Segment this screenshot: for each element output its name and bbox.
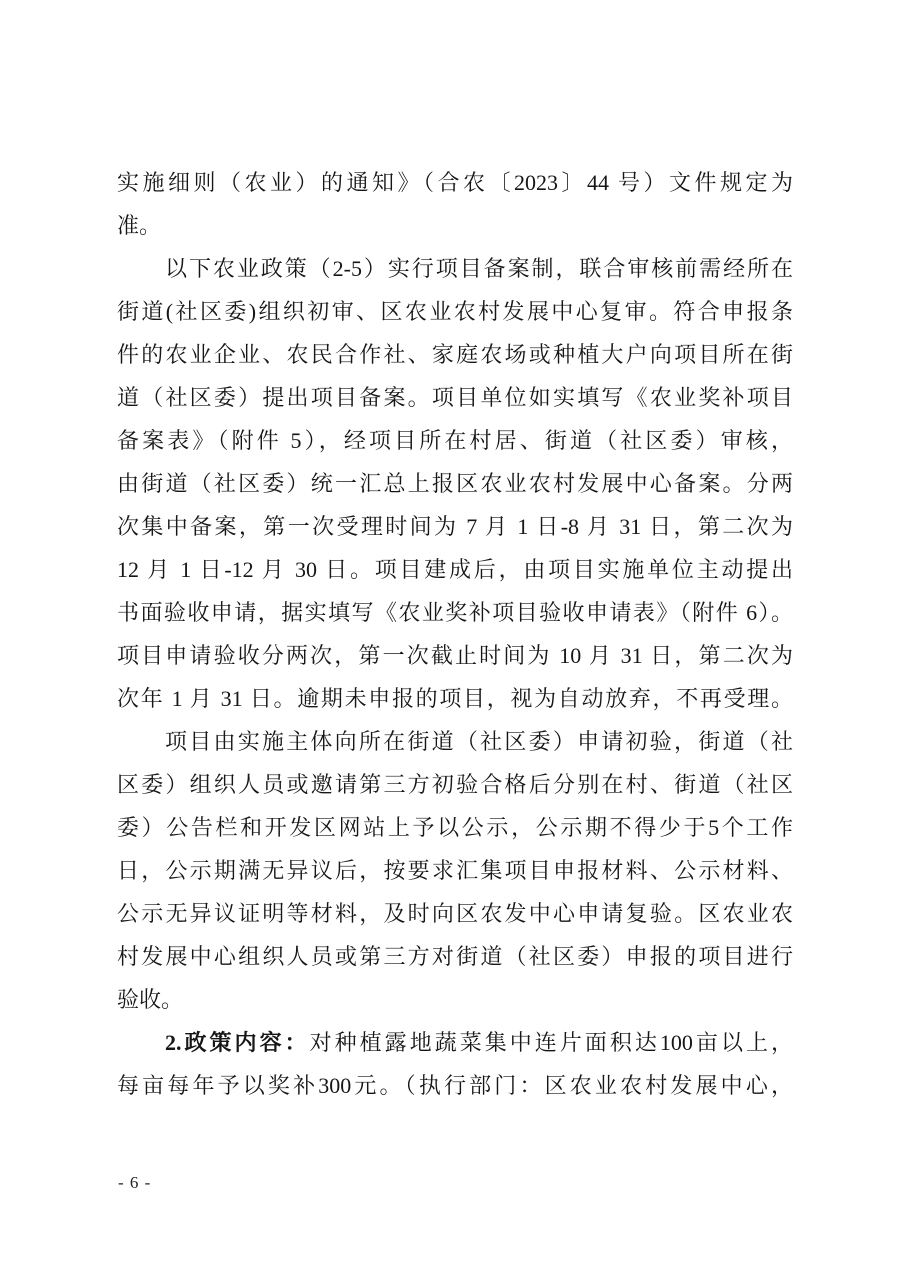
text-line: 公示无异议证明等材料，及时向区农发中心申请复验。区农业农 — [117, 892, 793, 935]
text-line: 委）公告栏和开发区网站上予以公示，公示期不得少于5个工作 — [117, 806, 793, 849]
text-line: 街道(社区委)组织初审、区农业农村发展中心复审。符合申报条 — [117, 290, 793, 333]
text-line: 12 月 1 日-12 月 30 日。项目建成后，由项目实施单位主动提出 — [117, 548, 793, 591]
text-line: 项目申请验收分两次，第一次截止时间为 10 月 31 日，第二次为 — [117, 634, 793, 677]
text-line: 每亩每年予以奖补300元。（执行部门：区农业农村发展中心， — [117, 1064, 793, 1107]
policy-item-text: 对种植露地蔬菜集中连片面积达100亩以上， — [310, 1030, 793, 1055]
text-line: 村发展中心组织人员或第三方对街道（社区委）申报的项目进行 — [117, 935, 793, 978]
text-line: 书面验收申请，据实填写《农业奖补项目验收申请表》（附件 6）。 — [117, 591, 793, 634]
text-line: 区委）组织人员或邀请第三方初验合格后分别在村、街道（社区 — [117, 763, 793, 806]
page-number: - 6 - — [118, 1172, 151, 1194]
text-line: 次年 1 月 31 日。逾期未申报的项目，视为自动放弃，不再受理。 — [117, 677, 793, 720]
text-line: 日，公示期满无异议后，按要求汇集项目申报材料、公示材料、 — [117, 849, 793, 892]
document-body: 实施细则（农业）的通知》（合农〔2023〕44 号）文件规定为 准。 以下农业政… — [117, 161, 793, 1107]
text-line: 准。 — [117, 204, 793, 247]
text-line: 2.政策内容：对种植露地蔬菜集中连片面积达100亩以上， — [117, 1021, 793, 1064]
text-line: 件的农业企业、农民合作社、家庭农场或种植大户向项目所在街 — [117, 333, 793, 376]
policy-item-label: 2.政策内容： — [165, 1030, 310, 1055]
text-line: 以下农业政策（2-5）实行项目备案制，联合审核前需经所在 — [117, 247, 793, 290]
text-line: 由街道（社区委）统一汇总上报区农业农村发展中心备案。分两 — [117, 462, 793, 505]
text-line: 实施细则（农业）的通知》（合农〔2023〕44 号）文件规定为 — [117, 161, 793, 204]
document-page: 实施细则（农业）的通知》（合农〔2023〕44 号）文件规定为 准。 以下农业政… — [0, 0, 900, 1272]
text-line: 项目由实施主体向所在街道（社区委）申请初验，街道（社 — [117, 720, 793, 763]
text-line: 验收。 — [117, 978, 793, 1021]
text-line: 次集中备案，第一次受理时间为 7 月 1 日-8 月 31 日，第二次为 — [117, 505, 793, 548]
text-line: 备案表》（附件 5），经项目所在村居、街道（社区委）审核， — [117, 419, 793, 462]
text-line: 道（社区委）提出项目备案。项目单位如实填写《农业奖补项目 — [117, 376, 793, 419]
